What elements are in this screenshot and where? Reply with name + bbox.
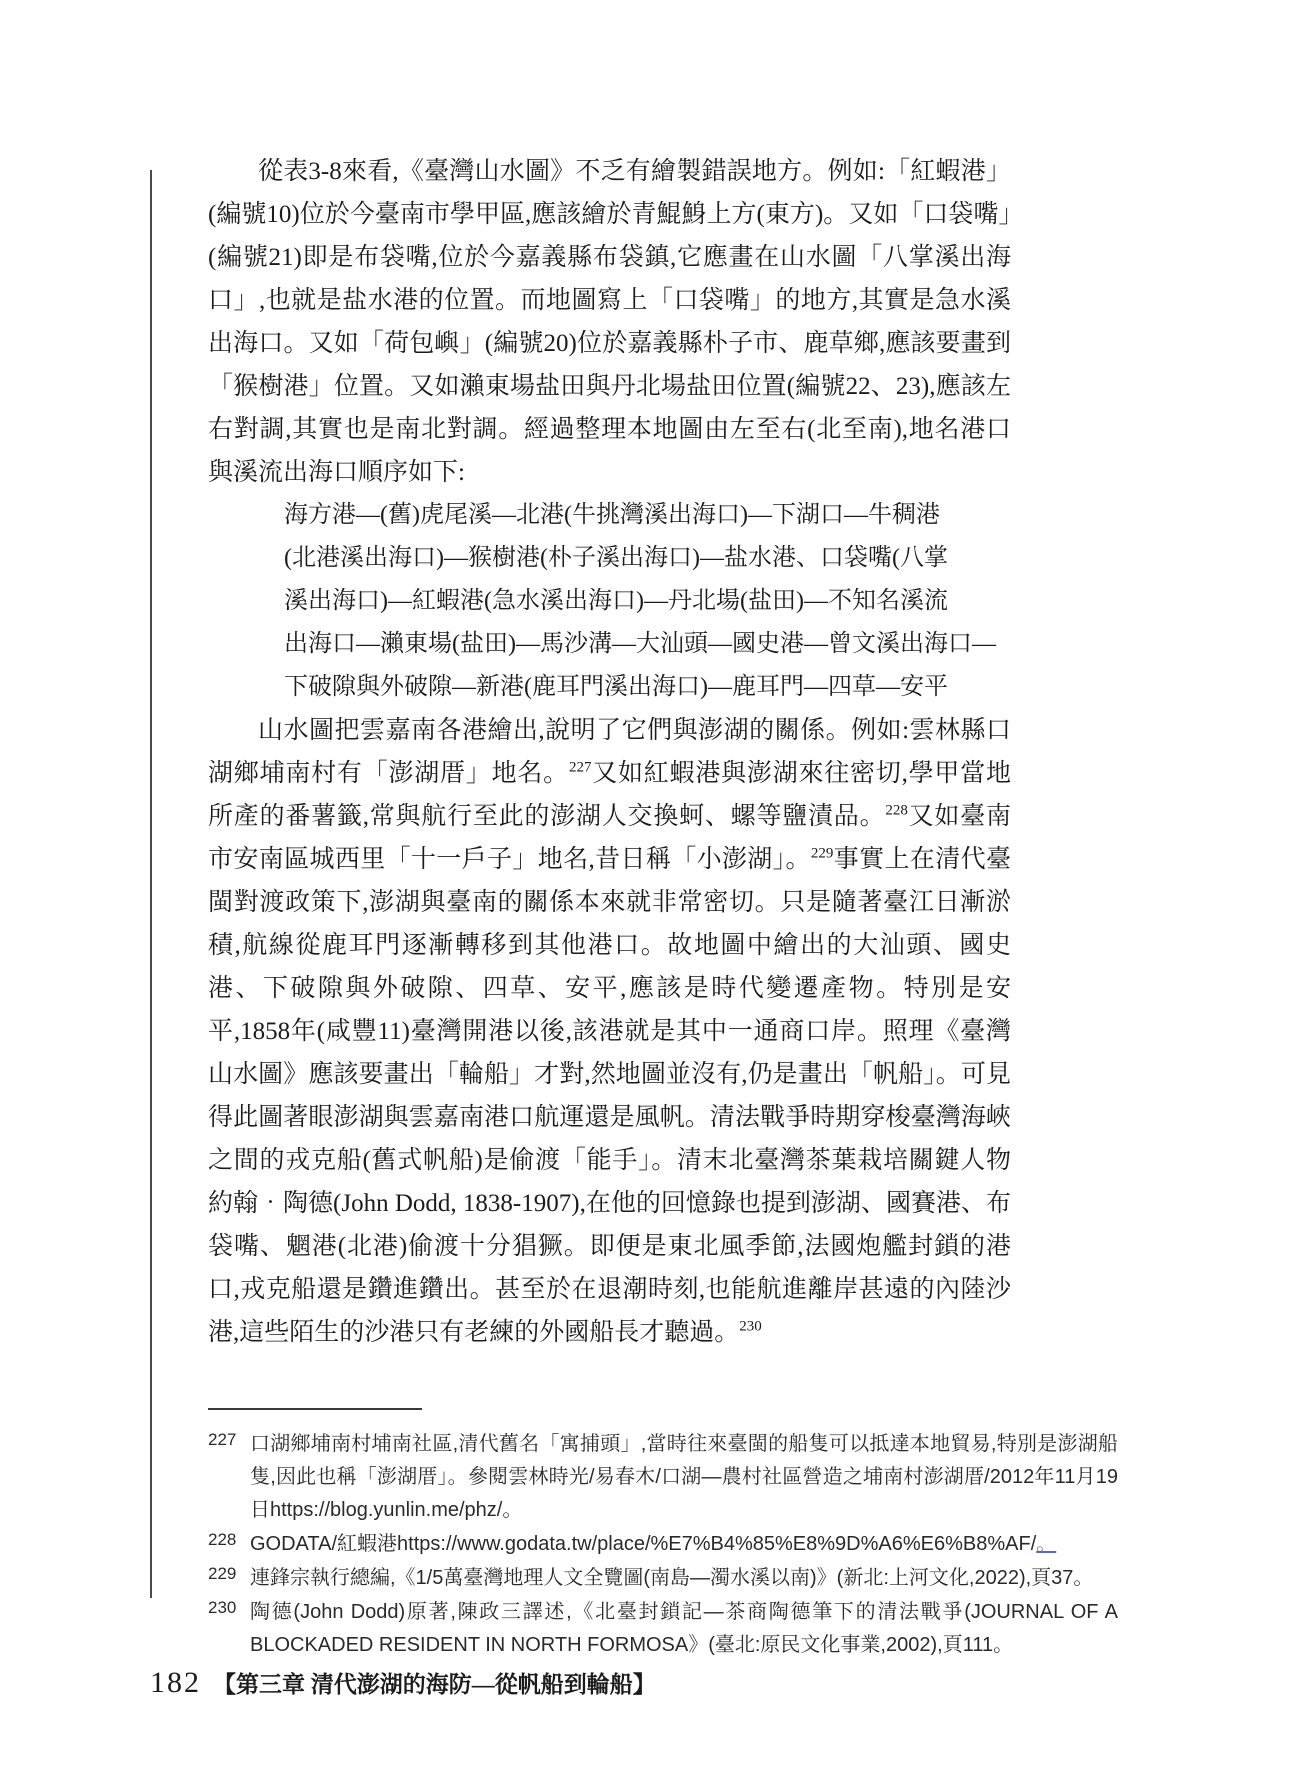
port-sequence-line: 出海口—瀨東場(盐田)—馬沙溝—大汕頭—國史港—曾文溪出海口— bbox=[284, 623, 1011, 666]
port-sequence-line: (北港溪出海口)—猴樹港(朴子溪出海口)—盐水港、口袋嘴(八掌 bbox=[284, 537, 1011, 580]
footnote-228: 228 GODATA/紅蝦港https://www.godata.tw/plac… bbox=[208, 1528, 1118, 1561]
footnote-227: 227 口湖鄉埔南村埔南社區,清代舊名「寓捕頭」,當時往來臺閩的船隻可以抵達本地… bbox=[208, 1428, 1118, 1527]
footnote-number: 230 bbox=[208, 1591, 236, 1624]
page-number: 182 bbox=[150, 1666, 201, 1699]
footnotes-section: 227 口湖鄉埔南村埔南社區,清代舊名「寓捕頭」,當時往來臺閩的船隻可以抵達本地… bbox=[208, 1428, 1118, 1663]
port-sequence-quote: 海方港—(舊)虎尾溪—北港(牛挑灣溪出海口)—下湖口—牛稠港 (北港溪出海口)—… bbox=[284, 494, 1011, 709]
port-sequence-line: 溪出海口)—紅蝦港(急水溪出海口)—丹北場(盐田)—不知名溪流 bbox=[284, 580, 1011, 623]
footnote-separator bbox=[208, 1408, 422, 1410]
footnote-number: 229 bbox=[208, 1557, 236, 1590]
footnote-text: GODATA/紅蝦港https://www.godata.tw/place/%E… bbox=[250, 1533, 1056, 1555]
footnote-text: 連鋒宗執行總編,《1/5萬臺灣地理人文全覽圖(南島—濁水溪以南)》(新北:上河文… bbox=[250, 1567, 1093, 1589]
footnote-230: 230 陶德(John Dodd)原著,陳政三譯述,《北臺封鎖記—茶商陶德筆下的… bbox=[208, 1596, 1118, 1662]
paragraph-penghu-relations: 山水圖把雲嘉南各港繪出,說明了它們與澎湖的關係。例如:雲林縣口湖鄉埔南村有「澎湖… bbox=[208, 709, 1011, 1354]
footnote-number: 227 bbox=[208, 1423, 236, 1456]
port-sequence-line: 下破隙與外破隙—新港(鹿耳門溪出海口)—鹿耳門—四草—安平 bbox=[284, 666, 1011, 709]
main-text-column: 從表3-8來看,《臺灣山水圖》不乏有繪製錯誤地方。例如:「紅蝦港」(編號10)位… bbox=[208, 150, 1011, 1354]
footnote-reference: 228 bbox=[885, 803, 908, 819]
footnote-reference: 227 bbox=[569, 760, 592, 776]
chapter-title: 【第三章 清代澎湖的海防—從帆船到輪船】 bbox=[213, 1672, 656, 1697]
footnote-reference: 230 bbox=[739, 1319, 762, 1335]
footnote-229: 229 連鋒宗執行總編,《1/5萬臺灣地理人文全覽圖(南島—濁水溪以南)》(新北… bbox=[208, 1562, 1118, 1595]
book-page: { "colors": { "text": "#1b1b1b", "link":… bbox=[0, 0, 1300, 1778]
left-margin-rule bbox=[150, 170, 152, 1598]
footnote-number: 228 bbox=[208, 1523, 236, 1556]
footnote-228-link[interactable]: 。 bbox=[1036, 1533, 1056, 1555]
footnote-text: 陶德(John Dodd)原著,陳政三譯述,《北臺封鎖記—茶商陶德筆下的清法戰爭… bbox=[250, 1601, 1118, 1656]
footnote-reference: 229 bbox=[811, 846, 834, 862]
paragraph-map-errors: 從表3-8來看,《臺灣山水圖》不乏有繪製錯誤地方。例如:「紅蝦港」(編號10)位… bbox=[208, 150, 1011, 494]
port-sequence-line: 海方港—(舊)虎尾溪—北港(牛挑灣溪出海口)—下湖口—牛稠港 bbox=[284, 494, 1011, 537]
footnote-text: 口湖鄉埔南村埔南社區,清代舊名「寓捕頭」,當時往來臺閩的船隻可以抵達本地貿易,特… bbox=[250, 1433, 1118, 1521]
page-footer: 182 【第三章 清代澎湖的海防—從帆船到輪船】 bbox=[150, 1666, 656, 1700]
